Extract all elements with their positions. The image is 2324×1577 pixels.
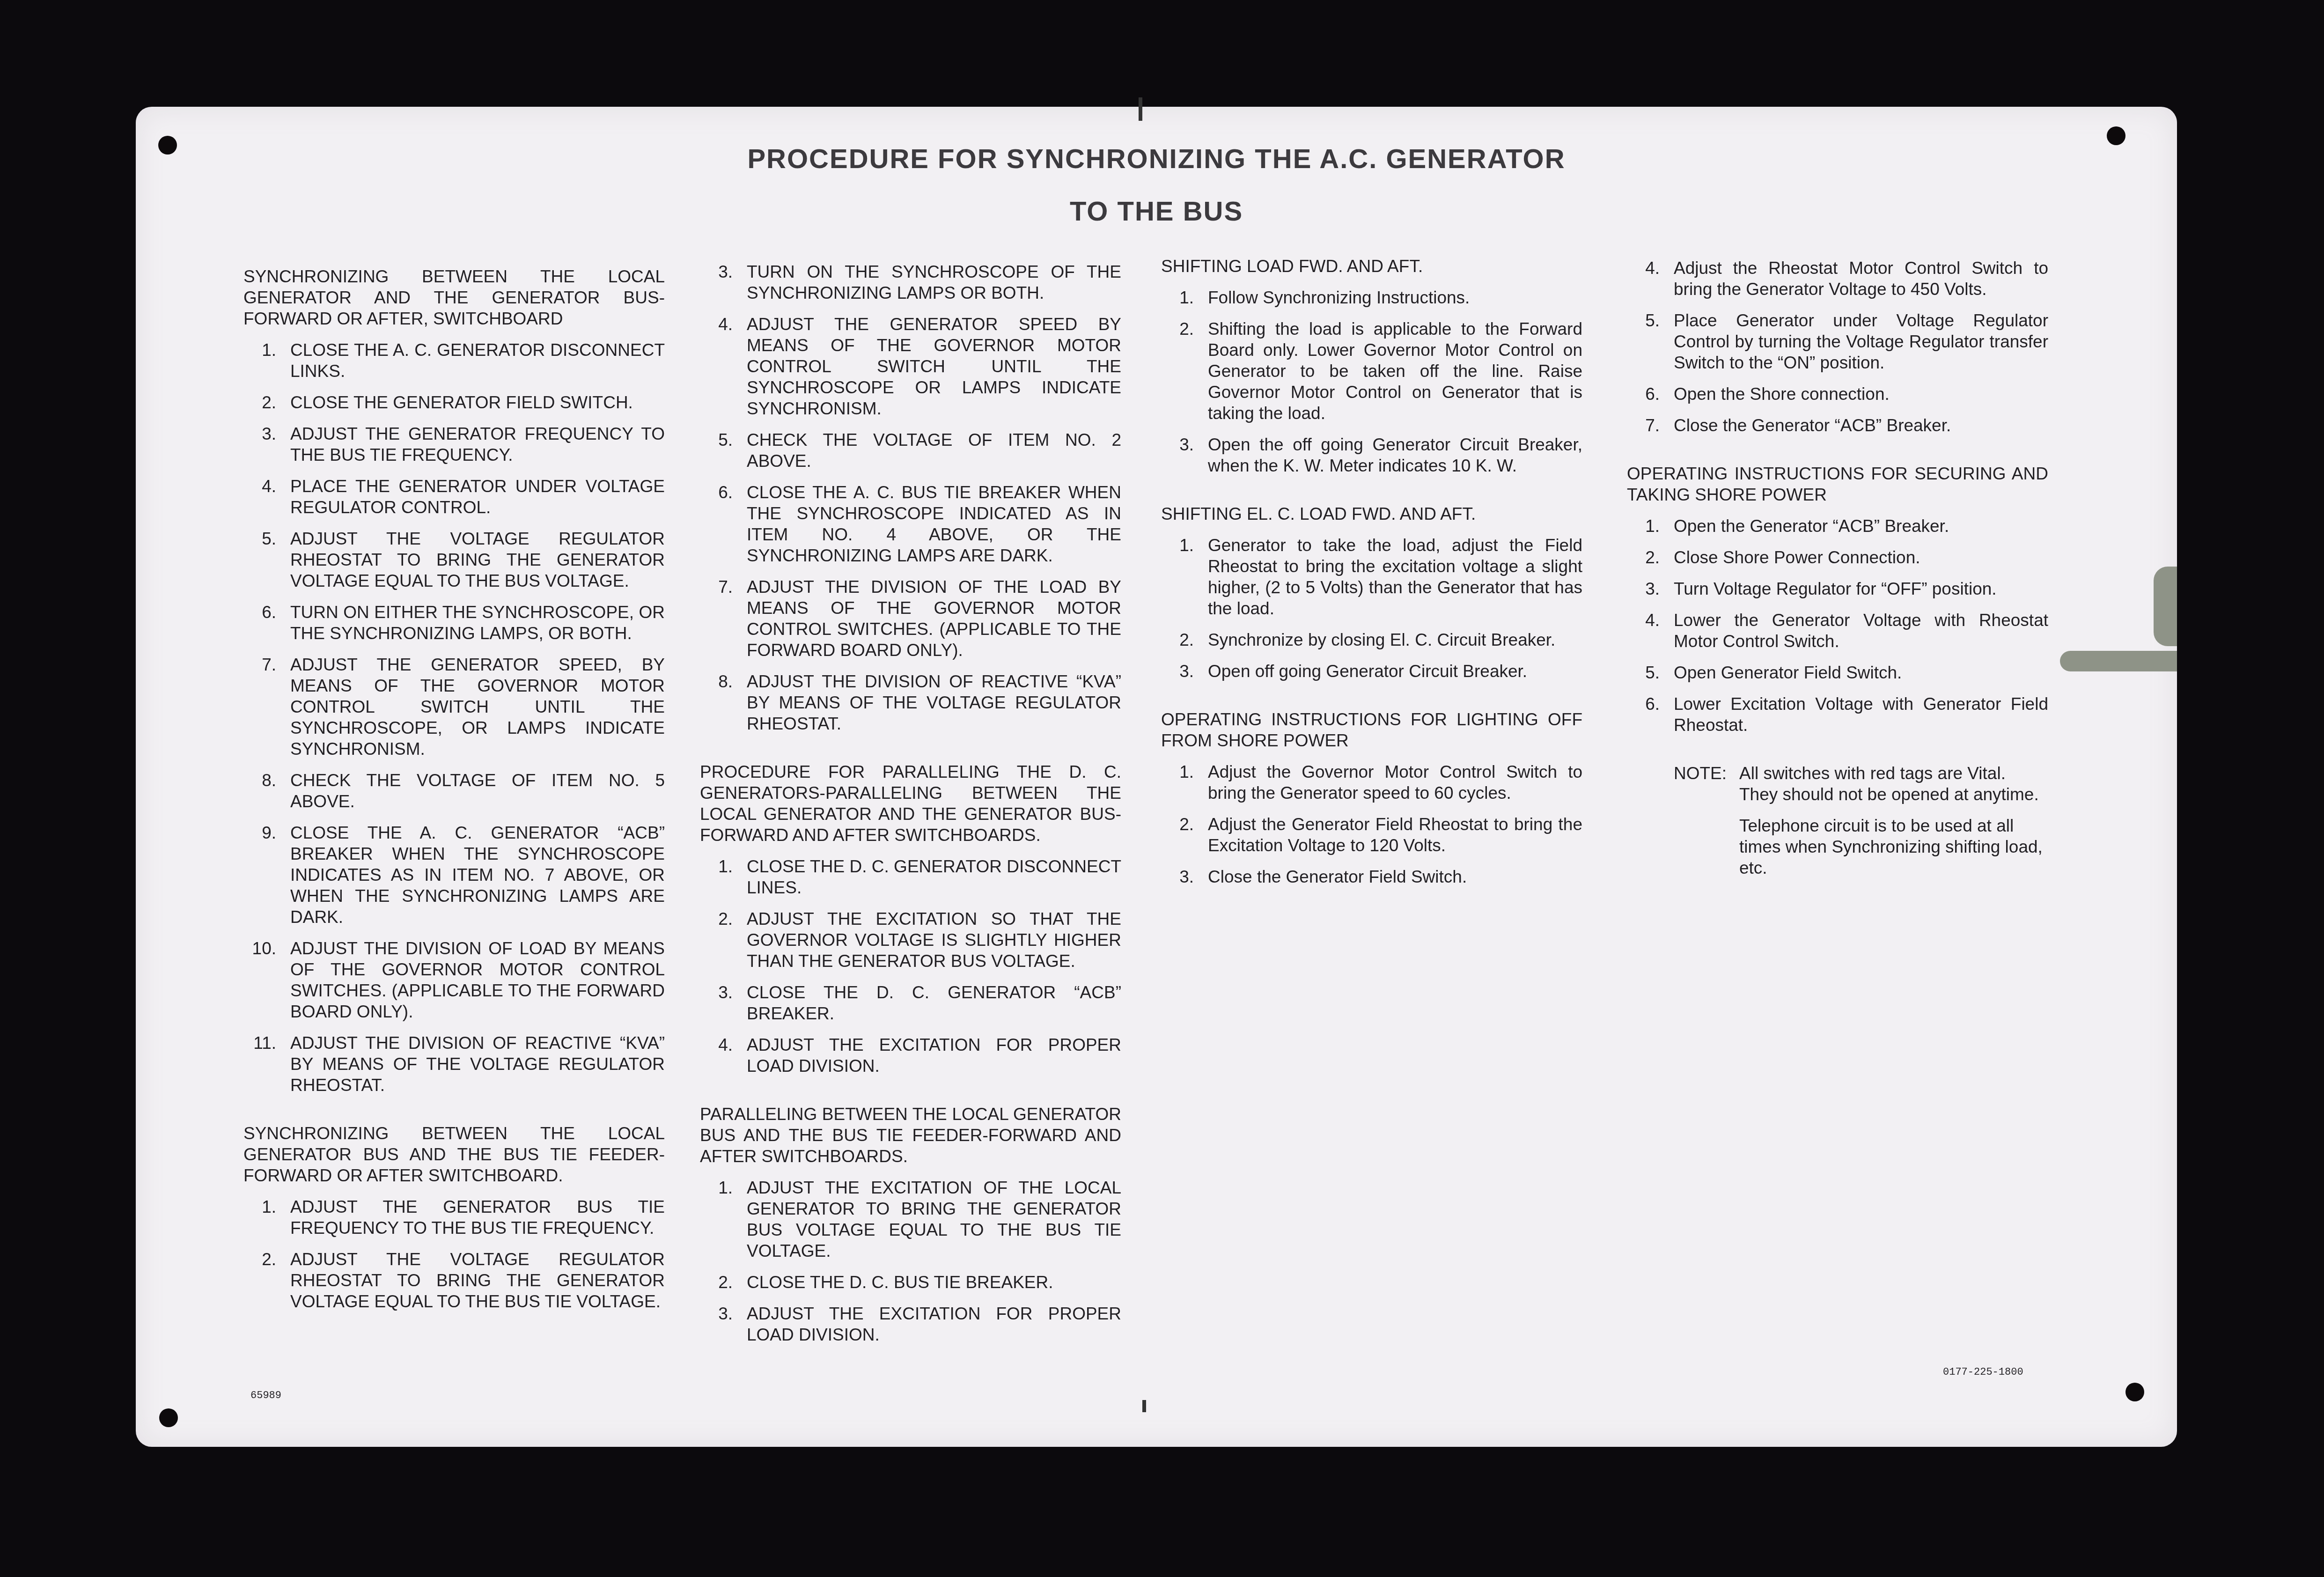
step-list: 1.Open the Generator “ACB” Breaker.2.Clo… bbox=[1627, 516, 2048, 736]
step-list: 1.Generator to take the load, adjust the… bbox=[1161, 535, 1582, 682]
step-number: 1. bbox=[1161, 761, 1208, 803]
step-item: 7.Close the Generator “ACB” Breaker. bbox=[1627, 415, 2048, 436]
mounting-hole-bottom-left bbox=[159, 1408, 178, 1427]
step-item: 1.CLOSE THE A. C. GENERATOR DISCONNECT L… bbox=[243, 339, 665, 382]
step-text: ADJUST THE VOLTAGE REGULATOR RHEOSTAT TO… bbox=[290, 528, 665, 591]
step-item: 8.CHECK THE VOLTAGE OF ITEM NO. 5 ABOVE. bbox=[243, 770, 665, 812]
step-list: 1.CLOSE THE D. C. GENERATOR DISCONNECT L… bbox=[700, 856, 1121, 1076]
step-item: 6.TURN ON EITHER THE SYNCHROSCOPE, OR TH… bbox=[243, 602, 665, 644]
step-text: ADJUST THE EXCITATION SO THAT THE GOVERN… bbox=[747, 908, 1121, 972]
step-text: CLOSE THE D. C. GENERATOR “ACB” BREAKER. bbox=[747, 982, 1121, 1024]
step-text: CLOSE THE A. C. GENERATOR “ACB” BREAKER … bbox=[290, 822, 665, 928]
step-item: 1.CLOSE THE D. C. GENERATOR DISCONNECT L… bbox=[700, 856, 1121, 898]
step-list: 4.Adjust the Rheostat Motor Control Swit… bbox=[1627, 258, 2048, 436]
note-paragraph: Telephone circuit is to be used at all t… bbox=[1739, 815, 2048, 878]
step-item: 7.ADJUST THE DIVISION OF THE LOAD BY MEA… bbox=[700, 576, 1121, 661]
step-item: 3.ADJUST THE EXCITATION FOR PROPER LOAD … bbox=[700, 1303, 1121, 1345]
step-text: CLOSE THE A. C. BUS TIE BREAKER WHEN THE… bbox=[747, 482, 1121, 566]
placard-title: PROCEDURE FOR SYNCHRONIZING THE A.C. GEN… bbox=[136, 143, 2177, 175]
step-number: 10. bbox=[243, 938, 290, 1022]
note-paragraph: All switches with red tags are Vital. Th… bbox=[1739, 763, 2048, 805]
step-text: ADJUST THE DIVISION OF REACTIVE “KVA” BY… bbox=[747, 671, 1121, 734]
step-item: 2.ADJUST THE EXCITATION SO THAT THE GOVE… bbox=[700, 908, 1121, 972]
step-text: PLACE THE GENERATOR UNDER VOLTAGE REGULA… bbox=[290, 476, 665, 518]
step-number: 9. bbox=[243, 822, 290, 928]
step-number: 4. bbox=[1627, 258, 1674, 300]
step-item: 5.CHECK THE VOLTAGE OF ITEM NO. 2 ABOVE. bbox=[700, 429, 1121, 472]
step-number: 2. bbox=[700, 1272, 747, 1293]
step-item: 1.ADJUST THE EXCITATION OF THE LOCAL GEN… bbox=[700, 1177, 1121, 1261]
step-text: Turn Voltage Regulator for “OFF” positio… bbox=[1674, 578, 2048, 599]
step-number: 3. bbox=[700, 1303, 747, 1345]
step-number: 11. bbox=[243, 1032, 290, 1096]
procedure-section: SHIFTING EL. C. LOAD FWD. AND AFT.1.Gene… bbox=[1161, 503, 1582, 682]
note-label: NOTE: bbox=[1674, 763, 1739, 889]
step-number: 8. bbox=[243, 770, 290, 812]
continued-steps: 4.Adjust the Rheostat Motor Control Swit… bbox=[1627, 258, 2048, 436]
step-number: 8. bbox=[700, 671, 747, 734]
step-text: CLOSE THE A. C. GENERATOR DISCONNECT LIN… bbox=[290, 339, 665, 382]
step-item: 6.CLOSE THE A. C. BUS TIE BREAKER WHEN T… bbox=[700, 482, 1121, 566]
step-number: 2. bbox=[1161, 318, 1208, 424]
step-item: 2.CLOSE THE GENERATOR FIELD SWITCH. bbox=[243, 392, 665, 413]
step-number: 3. bbox=[1161, 866, 1208, 887]
step-number: 7. bbox=[1627, 415, 1674, 436]
step-text: CLOSE THE D. C. BUS TIE BREAKER. bbox=[747, 1272, 1121, 1293]
step-item: 4.Lower the Generator Voltage with Rheos… bbox=[1627, 610, 2048, 652]
step-number: 2. bbox=[1161, 629, 1208, 650]
center-mark-top bbox=[1139, 97, 1142, 121]
step-list: 1.ADJUST THE GENERATOR BUS TIE FREQUENCY… bbox=[243, 1196, 665, 1312]
step-item: 2.Close Shore Power Connection. bbox=[1627, 547, 2048, 568]
step-number: 2. bbox=[1627, 547, 1674, 568]
continued-steps: 3.TURN ON THE SYNCHROSCOPE OF THE SYNCHR… bbox=[700, 261, 1121, 734]
step-number: 3. bbox=[1161, 661, 1208, 682]
section-heading: OPERATING INSTRUCTIONS FOR LIGHTING OFF … bbox=[1161, 709, 1582, 751]
procedure-section: SHIFTING LOAD FWD. AND AFT.1.Follow Sync… bbox=[1161, 256, 1582, 476]
step-list: 1.ADJUST THE EXCITATION OF THE LOCAL GEN… bbox=[700, 1177, 1121, 1345]
step-text: ADJUST THE DIVISION OF REACTIVE “KVA” BY… bbox=[290, 1032, 665, 1096]
step-number: 1. bbox=[243, 1196, 290, 1238]
step-number: 1. bbox=[700, 1177, 747, 1261]
step-text: Close the Generator “ACB” Breaker. bbox=[1674, 415, 2048, 436]
part-number: 0177-225-1800 bbox=[1943, 1366, 2023, 1378]
step-item: 4.ADJUST THE EXCITATION FOR PROPER LOAD … bbox=[700, 1034, 1121, 1076]
step-item: 4.Adjust the Rheostat Motor Control Swit… bbox=[1627, 258, 2048, 300]
step-text: ADJUST THE GENERATOR FREQUENCY TO THE BU… bbox=[290, 423, 665, 465]
step-text: Open the off going Generator Circuit Bre… bbox=[1208, 434, 1582, 476]
step-text: ADJUST THE EXCITATION FOR PROPER LOAD DI… bbox=[747, 1303, 1121, 1345]
step-number: 4. bbox=[1627, 610, 1674, 652]
step-text: Open the Generator “ACB” Breaker. bbox=[1674, 516, 2048, 537]
step-list: 1.CLOSE THE A. C. GENERATOR DISCONNECT L… bbox=[243, 339, 665, 1096]
step-item: 6.Open the Shore connection. bbox=[1627, 383, 2048, 405]
section-heading: SHIFTING EL. C. LOAD FWD. AND AFT. bbox=[1161, 503, 1582, 524]
step-number: 4. bbox=[700, 1034, 747, 1076]
step-item: 3.ADJUST THE GENERATOR FREQUENCY TO THE … bbox=[243, 423, 665, 465]
step-number: 5. bbox=[700, 429, 747, 472]
section-heading: SYNCHRONIZING BETWEEN THE LOCAL GENERATO… bbox=[243, 1123, 665, 1186]
step-item: 1.Adjust the Governor Motor Control Swit… bbox=[1161, 761, 1582, 803]
step-text: Open Generator Field Switch. bbox=[1674, 662, 2048, 683]
step-item: 3.CLOSE THE D. C. GENERATOR “ACB” BREAKE… bbox=[700, 982, 1121, 1024]
procedure-section: SYNCHRONIZING BETWEEN THE LOCAL GENERATO… bbox=[243, 266, 665, 1096]
step-number: 1. bbox=[1627, 516, 1674, 537]
step-number: 5. bbox=[243, 528, 290, 591]
step-item: 1.Follow Synchronizing Instructions. bbox=[1161, 287, 1582, 308]
step-item: 4.PLACE THE GENERATOR UNDER VOLTAGE REGU… bbox=[243, 476, 665, 518]
column-4: 4.Adjust the Rheostat Motor Control Swit… bbox=[1627, 258, 2048, 889]
step-item: 3.Turn Voltage Regulator for “OFF” posit… bbox=[1627, 578, 2048, 599]
step-number: 2. bbox=[243, 392, 290, 413]
step-item: 3.TURN ON THE SYNCHROSCOPE OF THE SYNCHR… bbox=[700, 261, 1121, 303]
section-heading: OPERATING INSTRUCTIONS FOR SECURING AND … bbox=[1627, 463, 2048, 505]
step-item: 3.Open off going Generator Circuit Break… bbox=[1161, 661, 1582, 682]
step-list: 1.Follow Synchronizing Instructions.2.Sh… bbox=[1161, 287, 1582, 476]
step-text: CLOSE THE GENERATOR FIELD SWITCH. bbox=[290, 392, 665, 413]
step-text: ADJUST THE DIVISION OF THE LOAD BY MEANS… bbox=[747, 576, 1121, 661]
section-heading: PROCEDURE FOR PARALLELING THE D. C. GENE… bbox=[700, 761, 1121, 846]
step-number: 6. bbox=[1627, 383, 1674, 405]
step-text: CHECK THE VOLTAGE OF ITEM NO. 2 ABOVE. bbox=[747, 429, 1121, 472]
step-number: 3. bbox=[243, 423, 290, 465]
step-item: 2.Synchronize by closing El. C. Circuit … bbox=[1161, 629, 1582, 650]
step-text: Open the Shore connection. bbox=[1674, 383, 2048, 405]
step-number: 5. bbox=[1627, 662, 1674, 683]
mounting-clip bbox=[2060, 651, 2177, 671]
step-number: 7. bbox=[700, 576, 747, 661]
step-text: Synchronize by closing El. C. Circuit Br… bbox=[1208, 629, 1582, 650]
step-number: 2. bbox=[700, 908, 747, 972]
step-number: 5. bbox=[1627, 310, 1674, 373]
step-number: 3. bbox=[1161, 434, 1208, 476]
step-text: CHECK THE VOLTAGE OF ITEM NO. 5 ABOVE. bbox=[290, 770, 665, 812]
step-number: 3. bbox=[700, 982, 747, 1024]
step-text: Place Generator under Voltage Regulator … bbox=[1674, 310, 2048, 373]
column-3: SHIFTING LOAD FWD. AND AFT.1.Follow Sync… bbox=[1161, 256, 1582, 914]
step-text: ADJUST THE EXCITATION OF THE LOCAL GENER… bbox=[747, 1177, 1121, 1261]
step-number: 6. bbox=[243, 602, 290, 644]
column-1: SYNCHRONIZING BETWEEN THE LOCAL GENERATO… bbox=[243, 266, 665, 1339]
column-2: 3.TURN ON THE SYNCHROSCOPE OF THE SYNCHR… bbox=[700, 261, 1121, 1372]
step-text: Generator to take the load, adjust the F… bbox=[1208, 535, 1582, 619]
step-number: 3. bbox=[700, 261, 747, 303]
step-text: Lower Excitation Voltage with Generator … bbox=[1674, 693, 2048, 736]
procedure-section: PROCEDURE FOR PARALLELING THE D. C. GENE… bbox=[700, 761, 1121, 1076]
step-item: 5.ADJUST THE VOLTAGE REGULATOR RHEOSTAT … bbox=[243, 528, 665, 591]
step-item: 8.ADJUST THE DIVISION OF REACTIVE “KVA” … bbox=[700, 671, 1121, 734]
step-item: 6.Lower Excitation Voltage with Generato… bbox=[1627, 693, 2048, 736]
step-number: 6. bbox=[700, 482, 747, 566]
step-text: ADJUST THE EXCITATION FOR PROPER LOAD DI… bbox=[747, 1034, 1121, 1076]
step-number: 1. bbox=[1161, 287, 1208, 308]
mounting-hole-top-right bbox=[2107, 126, 2125, 145]
section-heading: PARALLELING BETWEEN THE LOCAL GENERATOR … bbox=[700, 1104, 1121, 1167]
step-text: Lower the Generator Voltage with Rheosta… bbox=[1674, 610, 2048, 652]
step-text: ADJUST THE GENERATOR SPEED BY MEANS OF T… bbox=[747, 314, 1121, 419]
step-text: Adjust the Generator Field Rheostat to b… bbox=[1208, 814, 1582, 856]
step-text: ADJUST THE VOLTAGE REGULATOR RHEOSTAT TO… bbox=[290, 1249, 665, 1312]
mounting-hole-bottom-right bbox=[2125, 1383, 2144, 1401]
step-number: 4. bbox=[700, 314, 747, 419]
procedure-section: PARALLELING BETWEEN THE LOCAL GENERATOR … bbox=[700, 1104, 1121, 1345]
mounting-bracket bbox=[2154, 567, 2177, 646]
note-body: All switches with red tags are Vital. Th… bbox=[1739, 763, 2048, 889]
step-item: 1.Generator to take the load, adjust the… bbox=[1161, 535, 1582, 619]
step-item: 4.ADJUST THE GENERATOR SPEED BY MEANS OF… bbox=[700, 314, 1121, 419]
step-item: 2.Adjust the Generator Field Rheostat to… bbox=[1161, 814, 1582, 856]
step-number: 1. bbox=[1161, 535, 1208, 619]
step-number: 3. bbox=[1627, 578, 1674, 599]
step-item: 9.CLOSE THE A. C. GENERATOR “ACB” BREAKE… bbox=[243, 822, 665, 928]
step-item: 3.Open the off going Generator Circuit B… bbox=[1161, 434, 1582, 476]
step-text: CLOSE THE D. C. GENERATOR DISCONNECT LIN… bbox=[747, 856, 1121, 898]
step-number: 1. bbox=[243, 339, 290, 382]
procedure-section: SYNCHRONIZING BETWEEN THE LOCAL GENERATO… bbox=[243, 1123, 665, 1312]
step-text: ADJUST THE DIVISION OF LOAD BY MEANS OF … bbox=[290, 938, 665, 1022]
step-number: 4. bbox=[243, 476, 290, 518]
step-text: TURN ON THE SYNCHROSCOPE OF THE SYNCHRON… bbox=[747, 261, 1121, 303]
step-text: Follow Synchronizing Instructions. bbox=[1208, 287, 1582, 308]
procedure-section: OPERATING INSTRUCTIONS FOR LIGHTING OFF … bbox=[1161, 709, 1582, 887]
stock-number: 65989 bbox=[250, 1390, 281, 1401]
center-mark-bottom bbox=[1142, 1400, 1146, 1412]
step-item: 11.ADJUST THE DIVISION OF REACTIVE “KVA”… bbox=[243, 1032, 665, 1096]
step-item: 5.Place Generator under Voltage Regulato… bbox=[1627, 310, 2048, 373]
step-item: 3.Close the Generator Field Switch. bbox=[1161, 866, 1582, 887]
step-text: Shifting the load is applicable to the F… bbox=[1208, 318, 1582, 424]
step-list: 1.Adjust the Governor Motor Control Swit… bbox=[1161, 761, 1582, 887]
note-block: NOTE:All switches with red tags are Vita… bbox=[1674, 763, 2048, 889]
section-heading: SHIFTING LOAD FWD. AND AFT. bbox=[1161, 256, 1582, 277]
section-heading: SYNCHRONIZING BETWEEN THE LOCAL GENERATO… bbox=[243, 266, 665, 329]
procedure-section: OPERATING INSTRUCTIONS FOR SECURING AND … bbox=[1627, 463, 2048, 736]
step-item: 1.ADJUST THE GENERATOR BUS TIE FREQUENCY… bbox=[243, 1196, 665, 1238]
step-item: 2.CLOSE THE D. C. BUS TIE BREAKER. bbox=[700, 1272, 1121, 1293]
step-number: 1. bbox=[700, 856, 747, 898]
step-text: ADJUST THE GENERATOR BUS TIE FREQUENCY T… bbox=[290, 1196, 665, 1238]
step-text: Open off going Generator Circuit Breaker… bbox=[1208, 661, 1582, 682]
step-item: 7.ADJUST THE GENERATOR SPEED, BY MEANS O… bbox=[243, 654, 665, 759]
step-text: ADJUST THE GENERATOR SPEED, BY MEANS OF … bbox=[290, 654, 665, 759]
step-text: TURN ON EITHER THE SYNCHROSCOPE, OR THE … bbox=[290, 602, 665, 644]
step-text: Adjust the Governor Motor Control Switch… bbox=[1208, 761, 1582, 803]
step-list: 3.TURN ON THE SYNCHROSCOPE OF THE SYNCHR… bbox=[700, 261, 1121, 734]
step-number: 7. bbox=[243, 654, 290, 759]
step-text: Close the Generator Field Switch. bbox=[1208, 866, 1582, 887]
step-item: 2.ADJUST THE VOLTAGE REGULATOR RHEOSTAT … bbox=[243, 1249, 665, 1312]
step-number: 2. bbox=[1161, 814, 1208, 856]
step-item: 10.ADJUST THE DIVISION OF LOAD BY MEANS … bbox=[243, 938, 665, 1022]
step-item: 5.Open Generator Field Switch. bbox=[1627, 662, 2048, 683]
step-item: 2.Shifting the load is applicable to the… bbox=[1161, 318, 1582, 424]
step-text: Adjust the Rheostat Motor Control Switch… bbox=[1674, 258, 2048, 300]
placard-subtitle: TO THE BUS bbox=[136, 196, 2177, 227]
step-number: 6. bbox=[1627, 693, 1674, 736]
step-number: 2. bbox=[243, 1249, 290, 1312]
instruction-placard: PROCEDURE FOR SYNCHRONIZING THE A.C. GEN… bbox=[136, 107, 2177, 1447]
step-text: Close Shore Power Connection. bbox=[1674, 547, 2048, 568]
step-item: 1.Open the Generator “ACB” Breaker. bbox=[1627, 516, 2048, 537]
